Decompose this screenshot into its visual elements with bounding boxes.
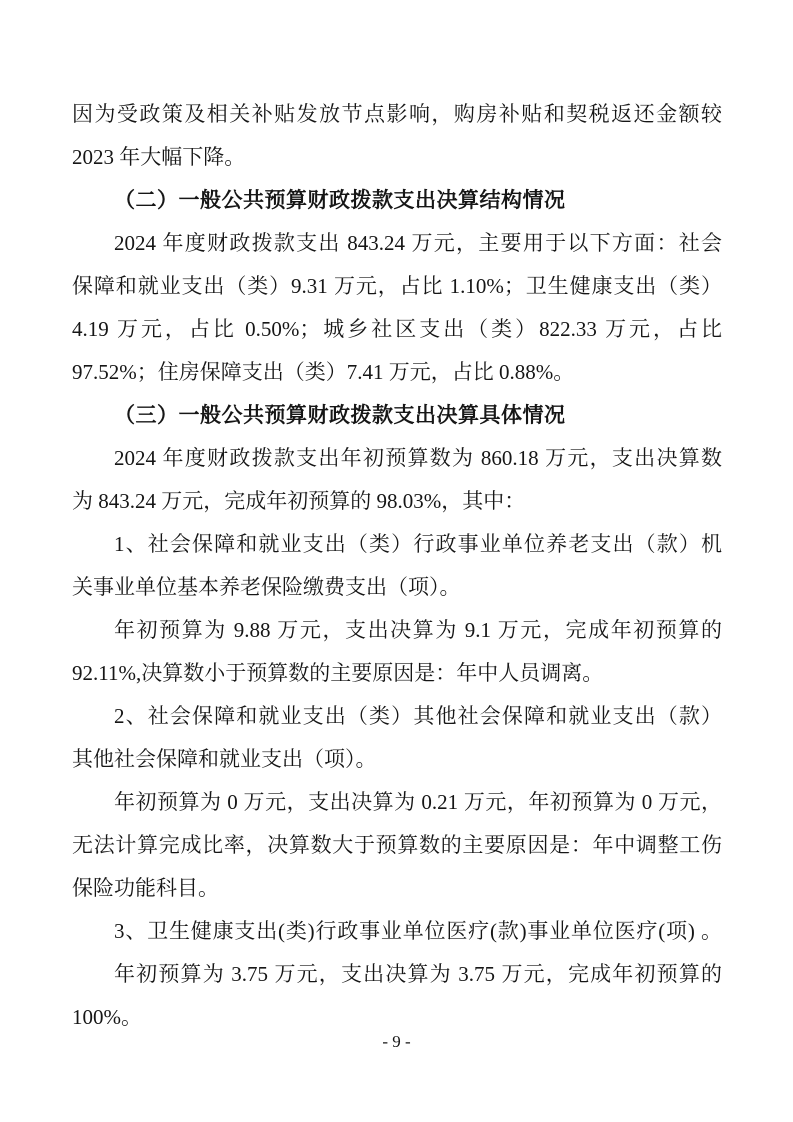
paragraph-line: 92.11%,决算数小于预算数的主要原因是：年中人员调离。 <box>72 652 722 695</box>
paragraph-line: 为 843.24 万元，完成年初预算的 98.03%，其中： <box>72 480 722 523</box>
paragraph-line: 因为受政策及相关补贴发放节点影响，购房补贴和契税返还金额较 <box>72 93 722 136</box>
paragraph-line: 年初预算为 0 万元，支出决算为 0.21 万元，年初预算为 0 万元， <box>72 781 722 824</box>
document-page: 因为受政策及相关补贴发放节点影响，购房补贴和契税返还金额较2023 年大幅下降。… <box>0 0 793 1122</box>
paragraph-line: 保险功能科目。 <box>72 867 722 910</box>
paragraph-line: 年初预算为 9.88 万元，支出决算为 9.1 万元，完成年初预算的 <box>72 609 722 652</box>
paragraph-line: 关事业单位基本养老保险缴费支出（项）。 <box>72 566 722 609</box>
section-heading: （三）一般公共预算财政拨款支出决算具体情况 <box>72 394 722 437</box>
paragraph-line: 2、社会保障和就业支出（类）其他社会保障和就业支出（款） <box>72 695 722 738</box>
paragraph-line: 其他社会保障和就业支出（项）。 <box>72 738 722 781</box>
paragraph-line: 无法计算完成比率，决算数大于预算数的主要原因是：年中调整工伤 <box>72 824 722 867</box>
section-heading: （二）一般公共预算财政拨款支出决算结构情况 <box>72 179 722 222</box>
paragraph-line: 2023 年大幅下降。 <box>72 136 722 179</box>
paragraph-line: 保障和就业支出（类）9.31 万元，占比 1.10%；卫生健康支出（类） <box>72 265 722 308</box>
paragraph-line: 4.19 万元，占比 0.50%；城乡社区支出（类）822.33 万元，占比 <box>72 308 722 351</box>
paragraph-line: 2024 年度财政拨款支出 843.24 万元，主要用于以下方面：社会 <box>72 222 722 265</box>
paragraph-line: 年初预算为 3.75 万元，支出决算为 3.75 万元，完成年初预算的 <box>72 953 722 996</box>
paragraph-line: 1、社会保障和就业支出（类）行政事业单位养老支出（款）机 <box>72 523 722 566</box>
paragraph-line: 2024 年度财政拨款支出年初预算数为 860.18 万元，支出决算数 <box>72 437 722 480</box>
paragraph-line: 97.52%；住房保障支出（类）7.41 万元，占比 0.88%。 <box>72 351 722 394</box>
page-number: - 9 - <box>0 1032 793 1052</box>
document-content: 因为受政策及相关补贴发放节点影响，购房补贴和契税返还金额较2023 年大幅下降。… <box>72 93 722 1039</box>
paragraph-line: 3、卫生健康支出(类)行政事业单位医疗(款)事业单位医疗(项) 。 <box>72 910 722 953</box>
